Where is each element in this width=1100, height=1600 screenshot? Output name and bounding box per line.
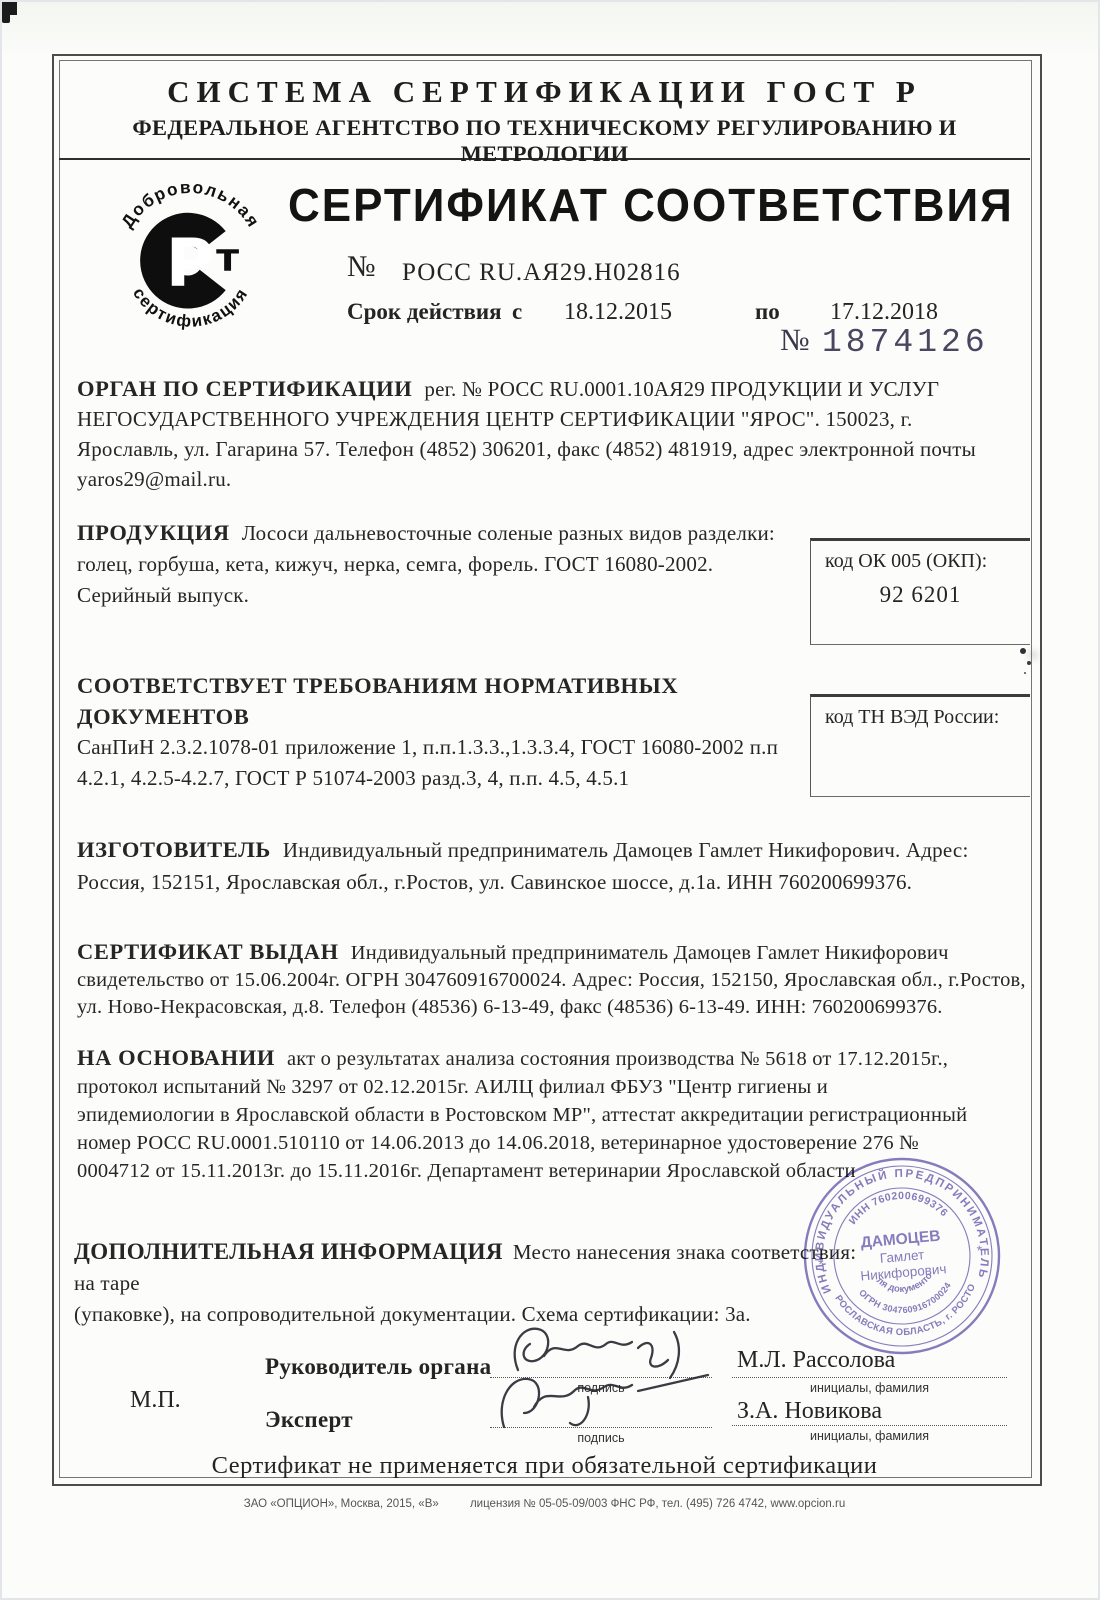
section-conformity-requirements: СООТВЕТСТВУЕТ ТРЕБОВАНИЯМ НОРМАТИВНЫХ ДО… xyxy=(77,670,797,794)
scan-tint xyxy=(2,2,1098,57)
okp-code-value: 92 6201 xyxy=(811,582,1030,608)
bottom-note: Сертификат не применяется при обязательн… xyxy=(59,1452,1030,1480)
print-house-footer: ЗАО «ОПЦИОН», Москва, 2015, «В» лицензия… xyxy=(59,1498,1030,1510)
text-line: свидетельство от 15.06.2004г. ОГРН 30476… xyxy=(77,967,1027,994)
section-label: СООТВЕТСТВУЕТ ТРЕБОВАНИЯМ НОРМАТИВНЫХ ДО… xyxy=(77,670,785,732)
section-manufacturer: ИЗГОТОВИТЕЛЬИндивидуальный предпринимате… xyxy=(77,834,1022,898)
text-line: ДОПОЛНИТЕЛЬНАЯ ИНФОРМАЦИЯМесто нанесения… xyxy=(74,1236,864,1299)
expert-name-line xyxy=(732,1425,1007,1426)
section-label: НА ОСНОВАНИИ xyxy=(77,1045,275,1070)
text-line: ПРОДУКЦИЯЛососи дальневосточные соленые … xyxy=(77,517,787,549)
section-additional-info: ДОПОЛНИТЕЛЬНАЯ ИНФОРМАЦИЯМесто нанесения… xyxy=(74,1236,864,1330)
number-sign: № xyxy=(347,250,376,284)
validity-from-label: с xyxy=(512,299,522,325)
text-line: ИЗГОТОВИТЕЛЬИндивидуальный предпринимате… xyxy=(77,834,1022,866)
text-line: (упаковке), на сопроводительной документ… xyxy=(74,1299,864,1330)
text-line: Серийный выпуск. xyxy=(77,580,787,611)
certificate-title: СЕРТИФИКАТ СООТВЕТСТВИЯ xyxy=(288,180,1014,233)
initials-caption: инициалы, фамилия xyxy=(732,1381,1007,1395)
certificate-number: РОСС RU.АЯ29.Н02816 xyxy=(402,259,681,287)
blank-number: 1874126 xyxy=(822,324,989,361)
stamp-name-surname: ДАМОЦЕВ xyxy=(860,1228,941,1252)
text-line: ОРГАН ПО СЕРТИФИКАЦИИрег. № РОСС RU.0001… xyxy=(77,374,1017,404)
text-line: НА ОСНОВАНИИакт о результатах анализа со… xyxy=(77,1044,1027,1073)
tnved-code-box: код ТН ВЭД России: xyxy=(810,694,1030,797)
logo-letter-r: Р xyxy=(166,224,214,301)
stamp-place-mark: М.П. xyxy=(130,1387,181,1414)
rst-logo: Р т Добровольная сертификация xyxy=(108,184,273,334)
text-line: 4.2.1, 4.2.5-4.2.7, ГОСТ Р 51074-2003 ра… xyxy=(77,763,797,794)
text-line: СЕРТИФИКАТ ВЫДАНИндивидуальный предприни… xyxy=(77,938,1027,967)
license-info: лицензия № 05-05-09/003 ФНС РФ, тел. (49… xyxy=(470,1498,845,1510)
text-line: эпидемиологии в Ярославской области в Ро… xyxy=(77,1101,1027,1129)
initials-caption: инициалы, фамилия xyxy=(732,1429,1007,1443)
section-issued-to: СЕРТИФИКАТ ВЫДАНИндивидуальный предприни… xyxy=(77,938,1027,1021)
text-line: Россия, 152151, Ярославская обл., г.Рост… xyxy=(77,866,1022,898)
blank-number-sign: № xyxy=(780,322,810,358)
validity-to-date: 17.12.2018 xyxy=(830,299,938,326)
round-stamp: ИНДИВИДУАЛЬНЫЙ ПРЕДПРИНИМАТЕЛЬ ИНН 76020… xyxy=(787,1141,1017,1371)
scan-artifact xyxy=(2,2,10,23)
text-line: СанПиН 2.3.2.1078-01 приложение 1, п.п.1… xyxy=(77,732,797,763)
text-line: НЕГОСУДАРСТВЕННОГО УЧРЕЖДЕНИЯ ЦЕНТР СЕРТ… xyxy=(77,404,1017,434)
section-label: ПРОДУКЦИЯ xyxy=(77,520,230,545)
scanned-certificate-page: СИСТЕМА СЕРТИФИКАЦИИ ГОСТ Р ФЕДЕРАЛЬНОЕ … xyxy=(0,0,1100,1600)
section-label: ИЗГОТОВИТЕЛЬ xyxy=(77,837,271,862)
section-label: ДОПОЛНИТЕЛЬНАЯ ИНФОРМАЦИЯ xyxy=(74,1239,503,1264)
agency-title: ФЕДЕРАЛЬНОЕ АГЕНТСТВО ПО ТЕХНИЧЕСКОМУ РЕ… xyxy=(59,115,1030,167)
stamp-name-patronymic: Никифорович xyxy=(860,1261,947,1283)
text-line: yaros29@mail.ru. xyxy=(77,464,1017,494)
section-label: СЕРТИФИКАТ ВЫДАН xyxy=(77,939,339,964)
expert-name: З.А. Новикова xyxy=(737,1398,882,1425)
okp-code-label: код ОК 005 (ОКП): xyxy=(811,541,1030,573)
system-title: СИСТЕМА СЕРТИФИКАЦИИ ГОСТ Р xyxy=(59,74,1030,110)
print-house-info: ЗАО «ОПЦИОН», Москва, 2015, «В» xyxy=(244,1498,439,1510)
text-line: ул. Ново-Некрасовская, д.8. Телефон (485… xyxy=(77,994,1027,1021)
validity-from-date: 18.12.2015 xyxy=(564,299,672,326)
tnved-code-label: код ТН ВЭД России: xyxy=(811,697,1030,729)
logo-letter-t: т xyxy=(216,235,239,281)
validity-to-label: по xyxy=(755,299,780,325)
section-product: ПРОДУКЦИЯЛососи дальневосточные соленые … xyxy=(77,517,787,611)
section-label: ОРГАН ПО СЕРТИФИКАЦИИ xyxy=(77,376,412,401)
section-certification-body: ОРГАН ПО СЕРТИФИКАЦИИрег. № РОСС RU.0001… xyxy=(77,374,1017,494)
head-name-line xyxy=(732,1377,1007,1378)
okp-code-box: код ОК 005 (ОКП): 92 6201 xyxy=(810,538,1030,645)
text-line: протокол испытаний № 3297 от 02.12.2015г… xyxy=(77,1073,1027,1101)
head-of-body-label: Руководитель органа xyxy=(265,1354,491,1380)
validity-label: Срок действия xyxy=(347,299,502,325)
text-line: голец, горбуша, кета, кижуч, нерка, семг… xyxy=(77,549,787,580)
text-line: Ярославль, ул. Гагарина 57. Телефон (485… xyxy=(77,434,1017,464)
expert-signature xyxy=(490,1367,722,1435)
expert-label: Эксперт xyxy=(265,1407,353,1433)
